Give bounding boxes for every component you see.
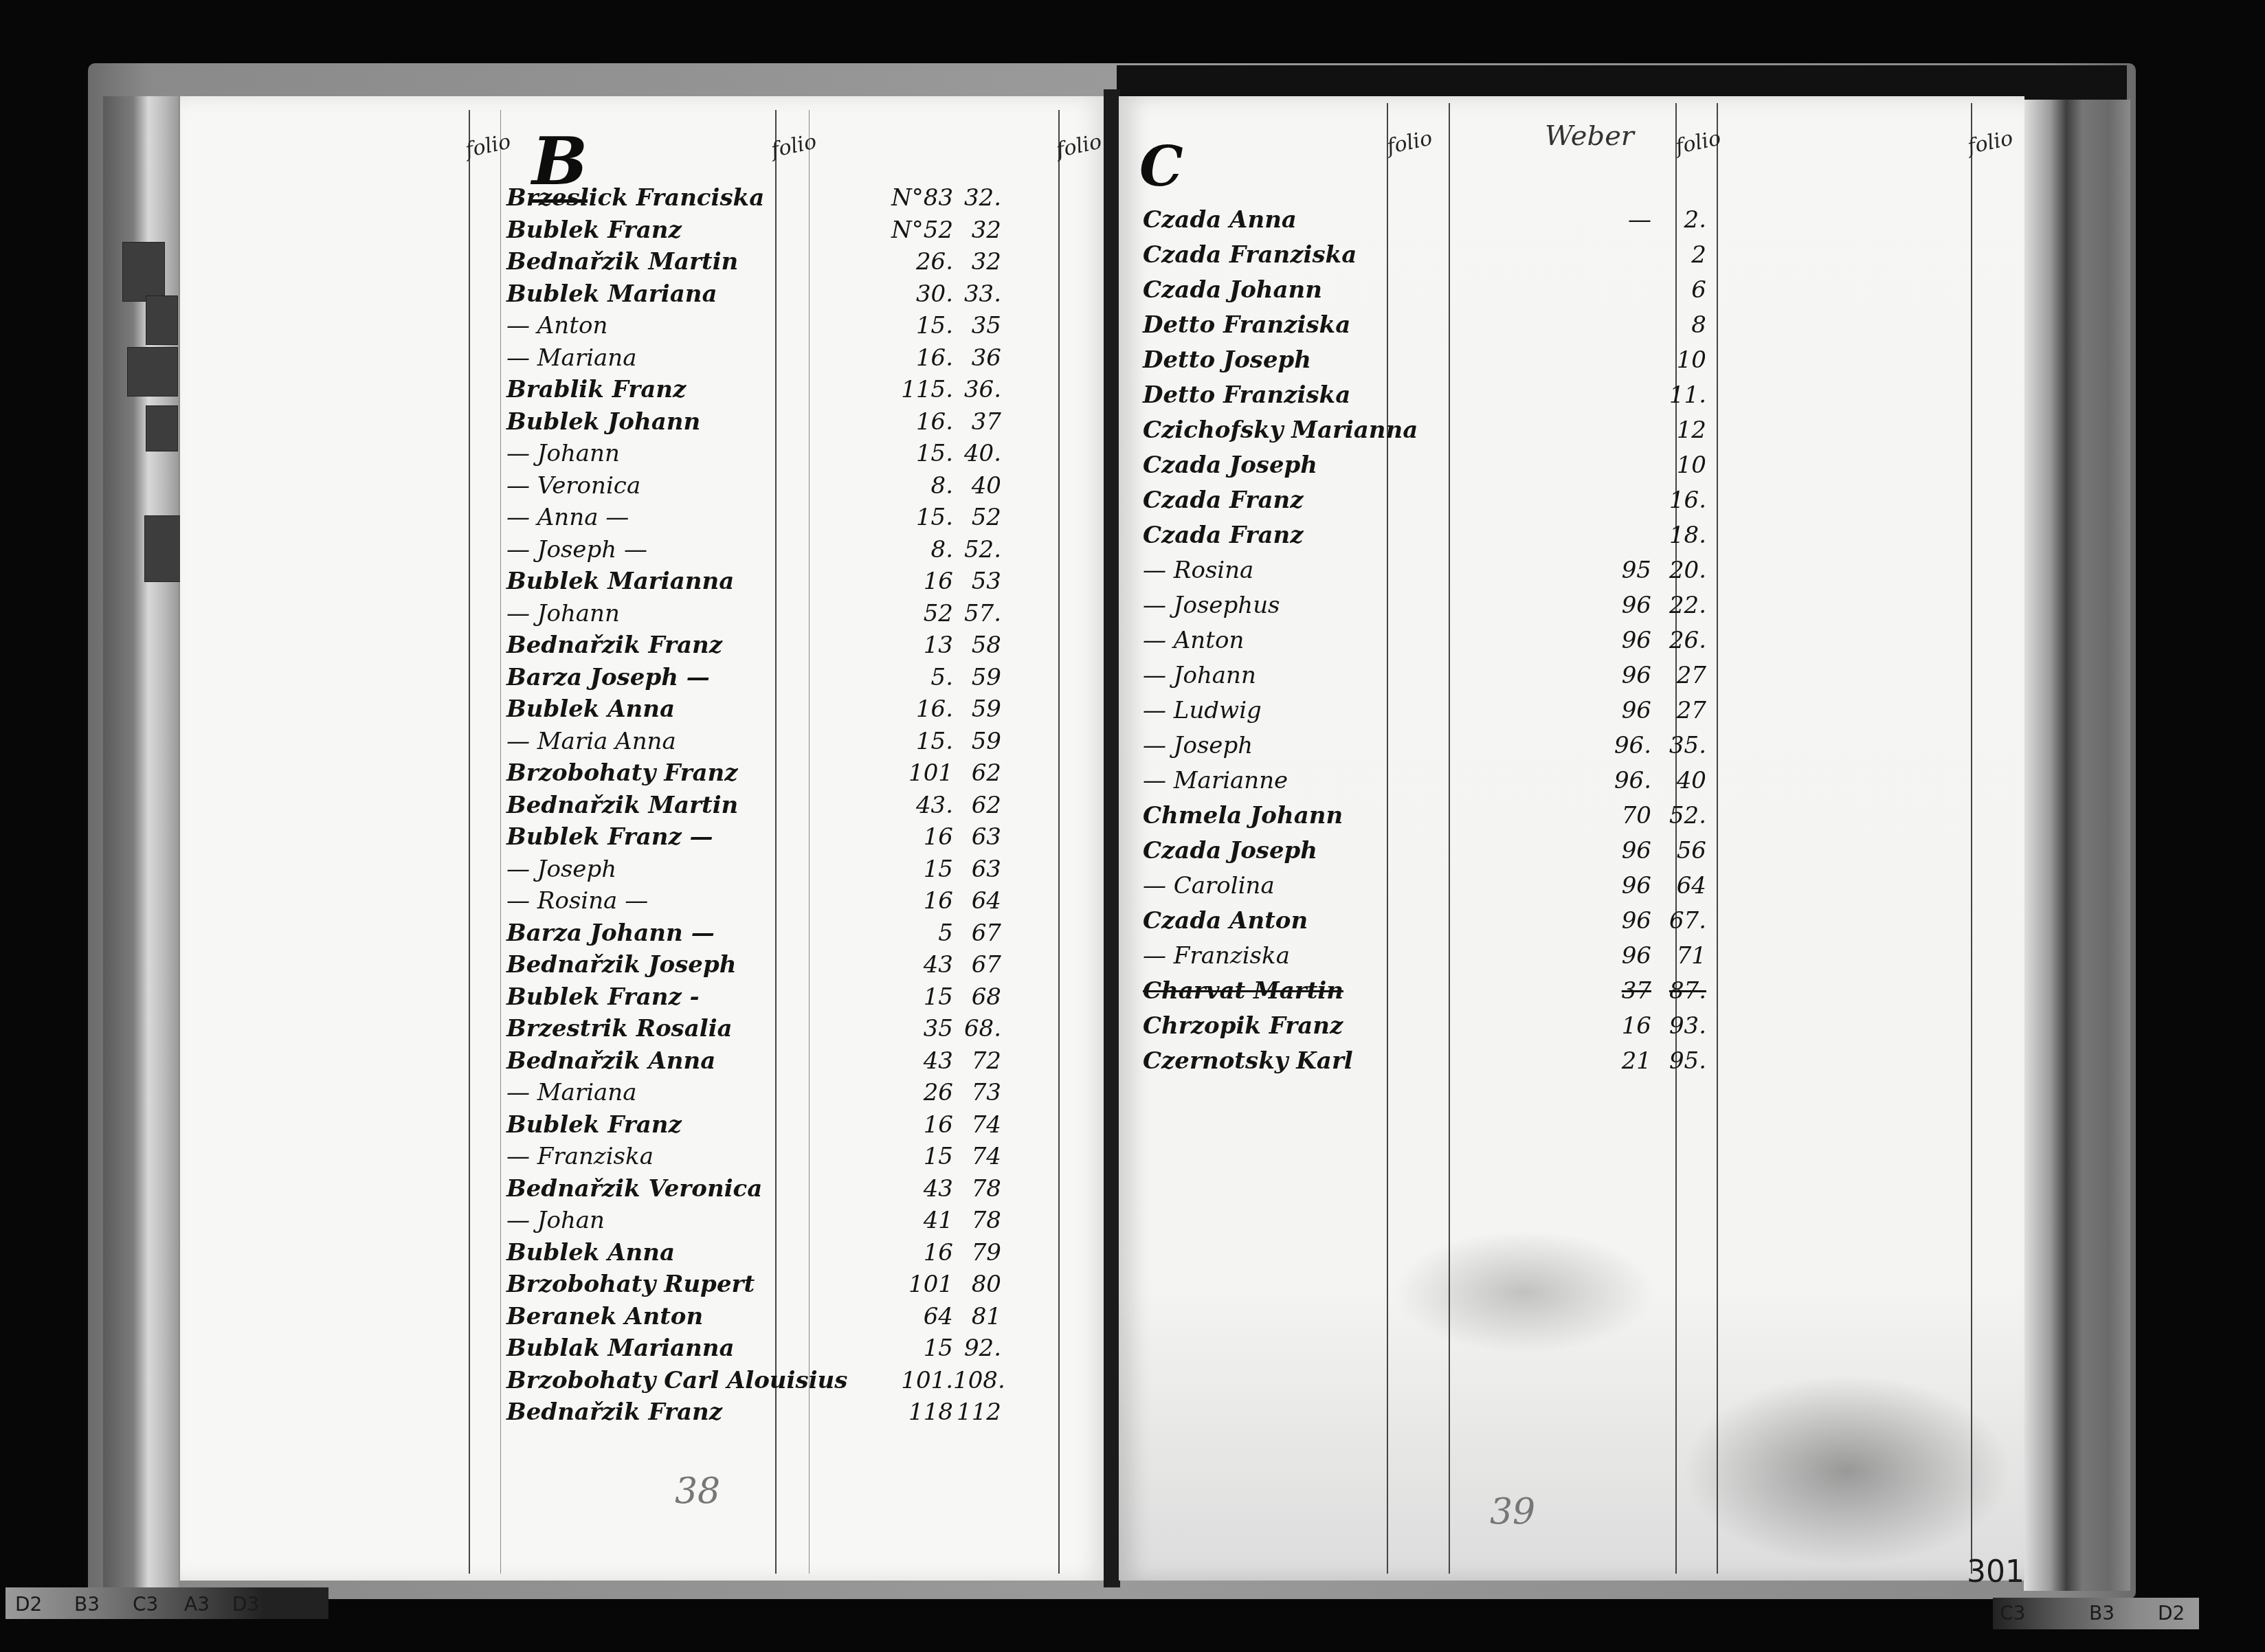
index-entry: Czada Franz16. [1143,487,1713,515]
entry-folio: 71 [1658,942,1706,970]
index-entry: Bednařzik Martin26.32 [506,248,1056,277]
entry-name: — Johann [506,600,620,627]
entry-house-number: 16 [891,568,953,595]
index-entry: Czada Anton9667. [1143,907,1713,936]
entry-name: — Joseph [506,856,616,883]
entry-name: Detto Franziska [1143,311,1350,339]
ruler-label: B3 [74,1593,100,1616]
index-entry: — Maria Anna15.59 [506,728,1056,757]
ruler-label: D3 [232,1593,259,1616]
index-entry: — Franziska1574 [506,1143,1056,1172]
entry-folio: 68. [953,1015,1001,1042]
entry-house-number: 101 [891,1271,953,1298]
entry-folio: 67. [1658,907,1706,935]
entry-name: Detto Joseph [1143,346,1311,374]
entry-name: — Ludwig [1143,697,1262,724]
entry-name: Bednařzik Martin [506,792,738,819]
entry-folio: 20. [1658,557,1706,584]
entry-folio: 27 [1658,697,1706,724]
binding-tab [127,347,178,397]
entry-folio: 63 [953,856,1001,883]
index-entry: Bednařzik Franz118112 [506,1398,1056,1427]
entry-name: Bublek Johann [506,408,700,436]
entry-house-number: N°52 [891,216,953,244]
entry-name: Brzobohaty Franz [506,759,738,787]
entry-house-number: 5. [891,664,953,691]
index-entry: Charvat Martin3787. [1143,977,1713,1006]
entry-name: Brablik Franz [506,376,686,403]
entry-house-number: 64 [891,1303,953,1330]
ruler-label: D2 [15,1593,42,1616]
entry-name: — Joseph — [506,536,647,563]
entry-name: — Anna — [506,504,629,531]
entry-folio: 64 [1658,872,1706,900]
index-entry: — Josephus9622. [1143,592,1713,621]
index-entry: Brzobohaty Rupert10180 [506,1271,1056,1299]
entry-house-number: 96. [1589,732,1651,759]
entry-house-number: 26. [891,248,953,276]
page-stain [1682,1374,2012,1567]
entry-house-number: 15 [891,1335,953,1362]
entry-name: — Johann [1143,662,1256,689]
entry-folio: 32 [953,216,1001,244]
entry-house-number: 43 [891,951,953,979]
entry-name: Czichofsky Marianna [1143,416,1418,444]
index-entry: — Anton9626. [1143,627,1713,656]
index-entry: Brablik Franz115.36. [506,376,1056,405]
column-rule [500,110,501,1574]
entry-folio: 6 [1658,276,1706,304]
entry-name: — Rosina [1143,557,1253,584]
index-entry: Bednařzik Franz1358 [506,632,1056,660]
entry-name: Czernotsky Karl [1143,1047,1353,1075]
entry-name: Barza Joseph — [506,664,710,691]
entry-folio: 59 [953,664,1001,691]
entry-folio: 26. [1658,627,1706,654]
index-entry: Bublek Anna16.59 [506,695,1056,724]
entry-house-number: 16 [891,1111,953,1139]
entry-house-number: 96 [1589,697,1651,724]
index-entry: — Johann5257. [506,600,1056,629]
stamped-page-number: 301 [1967,1554,2024,1589]
entry-name: Brzobohaty Rupert [506,1271,755,1298]
index-entry: Bednařzik Veronica4378 [506,1175,1056,1204]
entry-name: Detto Franziska [1143,381,1350,409]
binding-tab [146,405,178,451]
entry-folio: 36 [953,344,1001,372]
index-entry: Detto Franziska11. [1143,381,1713,410]
ruler-label: B3 [2089,1602,2115,1625]
entry-house-number: 101. [891,1367,953,1394]
entry-folio: 35 [953,312,1001,339]
entry-house-number: 43 [891,1047,953,1075]
entry-name: Chrzopik Franz [1143,1012,1343,1040]
entry-house-number: 16 [891,1239,953,1266]
entry-folio: 112 [953,1398,1001,1426]
index-entry: Czada Johann6 [1143,276,1713,305]
entry-house-number: 16 [1589,1012,1651,1040]
entry-house-number: 96. [1589,767,1651,794]
entry-house-number: 70 [1589,802,1651,829]
entry-folio: 93. [1658,1012,1706,1040]
entry-house-number: 96 [1589,872,1651,900]
entry-folio: 40 [953,472,1001,500]
entry-house-number: 52 [891,600,953,627]
entry-name: Brzeslick Franciska [506,184,764,212]
index-entry: — Carolina9664 [1143,872,1713,901]
entry-folio: 87. [1658,977,1706,1005]
entry-house-number: 41 [891,1207,953,1234]
index-entry: Bublek Franz -1568 [506,983,1056,1012]
entry-name: — Joseph [1143,732,1253,759]
entry-folio: 16. [1658,487,1706,514]
entry-folio: 95. [1658,1047,1706,1075]
index-entry: — Joseph1563 [506,856,1056,884]
entry-house-number: 16 [891,823,953,851]
column-rule [469,110,470,1574]
scale-ruler-right: C3 B3 D2 [1993,1598,2199,1629]
entry-house-number: 96 [1589,907,1651,935]
entry-folio: 18. [1658,522,1706,549]
entry-house-number: 15. [891,312,953,339]
entry-name: — Johann [506,440,620,467]
entry-name: Czada Anna [1143,206,1297,234]
right-page: folio Weber folio folio C Czada Anna—2.C… [1119,96,2024,1581]
entry-folio: 52. [953,536,1001,563]
entry-house-number: 16 [891,887,953,915]
index-entry: Bublek Franz1674 [506,1111,1056,1140]
index-entry: Czada Anna—2. [1143,206,1713,235]
entry-house-number: 8. [891,472,953,500]
entry-house-number: 115. [891,376,953,403]
entry-name: — Rosina — [506,887,648,915]
scale-ruler-left: D2 B3 C3 A3 D3 [5,1587,328,1619]
section-letter: C [1139,134,1183,199]
entry-house-number: 15. [891,440,953,467]
entry-folio: 8 [1658,311,1706,339]
index-entry: — Franziska9671 [1143,942,1713,971]
index-entry: — Rosina —1664 [506,887,1056,916]
index-entry: — Ludwig9627 [1143,697,1713,726]
entry-house-number: 101 [891,759,953,787]
entry-name: — Mariana [506,1079,636,1106]
entry-house-number: 118 [891,1398,953,1426]
entry-name: Bublek Anna [506,1239,675,1266]
column-header-folio: folio [1385,126,1434,159]
entry-name: — Johan [506,1207,605,1234]
entry-name: Brzestrik Rosalia [506,1015,733,1042]
ruler-label: A3 [184,1593,210,1616]
entry-folio: 52. [1658,802,1706,829]
entry-folio: 35. [1658,732,1706,759]
index-entry: Czada Joseph10 [1143,451,1713,480]
entry-name: — Josephus [1143,592,1280,619]
entry-name: Bednařzik Franz [506,632,722,659]
index-entry: — Johann15.40. [506,440,1056,469]
entry-name: — Maria Anna [506,728,676,755]
entry-name: — Anton [506,312,607,339]
index-entry: — Anna —15.52 [506,504,1056,533]
entry-name: Charvat Martin [1143,977,1343,1005]
index-entry: — Mariana2673 [506,1079,1056,1108]
entry-name: Czada Anton [1143,907,1308,935]
index-entry: — Johann9627 [1143,662,1713,691]
left-page: folio folio folio B Brzeslick FranciskaN… [180,96,1106,1581]
column-header-folio: folio [463,129,513,162]
column-header-folio: folio [1054,129,1104,162]
column-header-folio: folio [1965,126,2015,159]
entry-name: Bublek Anna [506,695,675,723]
index-entry: Czada Franz18. [1143,522,1713,550]
entry-folio: 74 [953,1143,1001,1170]
entry-folio: 22. [1658,592,1706,619]
entry-folio: 33. [953,280,1001,308]
entry-folio: 62 [953,759,1001,787]
entry-house-number: 15. [891,504,953,531]
index-entry: Bublek Anna1679 [506,1239,1056,1268]
background-gap [1117,65,2127,100]
index-entry: Bublek FranzN°5232 [506,216,1056,245]
entry-folio: 62 [953,792,1001,819]
entry-folio: 52 [953,504,1001,531]
entry-folio: 59 [953,695,1001,723]
index-entry: Bublek Marianna1653 [506,568,1056,596]
index-entry: — Joseph96.35. [1143,732,1713,761]
entry-name: Czada Johann [1143,276,1322,304]
entry-folio: 11. [1658,381,1706,409]
entry-name: Czada Joseph [1143,451,1317,479]
entry-name: Bublek Franz - [506,983,700,1011]
entry-folio: 72 [953,1047,1001,1075]
index-entry: Bednařzik Joseph4367 [506,951,1056,980]
entry-house-number: 5 [891,919,953,947]
entry-house-number: 96 [1589,662,1651,689]
index-entry: Brzobohaty Franz10162 [506,759,1056,788]
index-entry: Detto Joseph10 [1143,346,1713,375]
entry-folio: 67 [953,919,1001,947]
entry-name: Czada Franziska [1143,241,1357,269]
entry-folio: 80 [953,1271,1001,1298]
entry-folio: 36. [953,376,1001,403]
entry-name: Czada Franz [1143,522,1304,549]
entry-name: — Carolina [1143,872,1275,900]
entry-name: — Franziska [1143,942,1290,970]
index-entry: Bublak Marianna1592. [506,1335,1056,1363]
entry-house-number: 15 [891,1143,953,1170]
entry-house-number: 15 [891,856,953,883]
entry-folio: 67 [953,951,1001,979]
index-entry: Chmela Johann7052. [1143,802,1713,831]
index-entry: — Rosina9520. [1143,557,1713,585]
entry-name: Bednařzik Anna [506,1047,715,1075]
entry-name: Barza Johann — [506,919,715,947]
index-entry: — Veronica8.40 [506,472,1056,501]
entry-folio: 53 [953,568,1001,595]
entry-folio: 79 [953,1239,1001,1266]
entry-folio: 12 [1658,416,1706,444]
entry-folio: 10 [1658,451,1706,479]
entry-name: Czada Joseph [1143,837,1317,864]
entry-name: Bednařzik Martin [506,248,738,276]
ruler-label: C3 [2000,1602,2025,1625]
entry-name: — Anton [1143,627,1244,654]
index-entry: Brzestrik Rosalia3568. [506,1015,1056,1044]
ruler-label: D2 [2158,1602,2185,1625]
entry-name: — Franziska [506,1143,654,1170]
entry-house-number: 21 [1589,1047,1651,1075]
entry-name: Bednařzik Veronica [506,1175,762,1203]
index-entry: Bublek Johann16.37 [506,408,1056,437]
column-rule [1058,110,1060,1574]
entry-name: Beranek Anton [506,1303,703,1330]
entry-folio: 57. [953,600,1001,627]
index-entry: Bublek Mariana30.33. [506,280,1056,309]
index-entry: Barza Johann —567 [506,919,1056,948]
pencil-page-number: 39 [1490,1491,1535,1532]
entry-folio: 74 [953,1111,1001,1139]
entry-name: Bublek Franz — [506,823,713,851]
entry-name: — Marianne [1143,767,1288,794]
index-entry: — Mariana16.36 [506,344,1056,373]
column-rule [1971,103,1972,1574]
entry-name: Chmela Johann [1143,802,1343,829]
entry-name: Bednařzik Joseph [506,951,736,979]
binding-tab [122,242,165,302]
index-entry: Czernotsky Karl2195. [1143,1047,1713,1076]
entry-folio: 63 [953,823,1001,851]
column-rule [1717,103,1718,1574]
entry-house-number: 15. [891,728,953,755]
entry-house-number: — [1589,206,1651,234]
entry-house-number: 96 [1589,837,1651,864]
entry-house-number: 95 [1589,557,1651,584]
entry-folio: 68 [953,983,1001,1011]
index-entry: — Anton15.35 [506,312,1056,341]
entry-name: Brzobohaty Carl Alouisius [506,1367,847,1394]
entry-name: Bublek Franz [506,1111,682,1139]
ruler-label: C3 [133,1593,158,1616]
index-entry: Barza Joseph —5.59 [506,664,1056,693]
entry-folio: 59 [953,728,1001,755]
entry-house-number: 35 [891,1015,953,1042]
entry-folio: 73 [953,1079,1001,1106]
entry-folio: 27 [1658,662,1706,689]
entry-folio: 92. [953,1335,1001,1362]
index-entry: Brzobohaty Carl Alouisius101.108. [506,1367,1056,1396]
entry-name: Bublek Franz [506,216,682,244]
entry-name: Bublek Marianna [506,568,734,595]
entry-folio: 2. [1658,206,1706,234]
entry-folio: 32. [953,184,1001,212]
entry-house-number: N°83 [891,184,953,212]
entry-house-number: 37 [1589,977,1651,1005]
entry-folio: 78 [953,1175,1001,1203]
index-entry: Detto Franziska8 [1143,311,1713,340]
index-entry: Brzeslick FranciskaN°8332. [506,184,1056,213]
binding-tab [146,295,178,345]
column-header-folio: folio [1673,126,1723,159]
entry-name: Bednařzik Franz [506,1398,722,1426]
entry-folio: 108. [953,1367,1001,1394]
pencil-page-number: 38 [675,1471,720,1512]
book-gutter [1104,89,1120,1587]
entry-house-number: 30. [891,280,953,308]
entry-folio: 2 [1658,241,1706,269]
index-entry: — Marianne96.40 [1143,767,1713,796]
index-entry: Czada Joseph9656 [1143,837,1713,866]
entry-folio: 40. [953,440,1001,467]
index-entry: Czada Franziska2 [1143,241,1713,270]
index-entry: — Johan4178 [506,1207,1056,1236]
column-header-weber: Weber [1545,120,1634,152]
bleed-through-text [1394,1230,1655,1354]
entry-name: Czada Franz [1143,487,1304,514]
index-entry: Bublek Franz —1663 [506,823,1056,852]
right-binding-edge [2024,100,2130,1591]
entry-folio: 64 [953,887,1001,915]
index-entry: Czichofsky Marianna12 [1143,416,1713,445]
entry-folio: 40 [1658,767,1706,794]
entry-name: Bublak Marianna [506,1335,735,1362]
entry-house-number: 8. [891,536,953,563]
entry-house-number: 13 [891,632,953,659]
entry-folio: 78 [953,1207,1001,1234]
entry-house-number: 96 [1589,592,1651,619]
index-entry: Bednařzik Martin43.62 [506,792,1056,821]
entry-name: — Mariana [506,344,636,372]
entry-house-number: 26 [891,1079,953,1106]
entry-house-number: 96 [1589,942,1651,970]
entry-folio: 81 [953,1303,1001,1330]
entry-house-number: 15 [891,983,953,1011]
entry-house-number: 16. [891,408,953,436]
entry-folio: 37 [953,408,1001,436]
index-entry: — Joseph —8.52. [506,536,1056,565]
entry-name: Bublek Mariana [506,280,717,308]
entry-house-number: 43 [891,1175,953,1203]
entry-folio: 58 [953,632,1001,659]
index-entry: Bednařzik Anna4372 [506,1047,1056,1076]
entry-house-number: 16. [891,695,953,723]
entry-house-number: 43. [891,792,953,819]
entry-name: — Veronica [506,472,640,500]
index-entry: Chrzopik Franz1693. [1143,1012,1713,1041]
entry-folio: 56 [1658,837,1706,864]
entry-house-number: 16. [891,344,953,372]
entry-folio: 32 [953,248,1001,276]
entry-folio: 10 [1658,346,1706,374]
index-entry: Beranek Anton6481 [506,1303,1056,1332]
entry-house-number: 96 [1589,627,1651,654]
